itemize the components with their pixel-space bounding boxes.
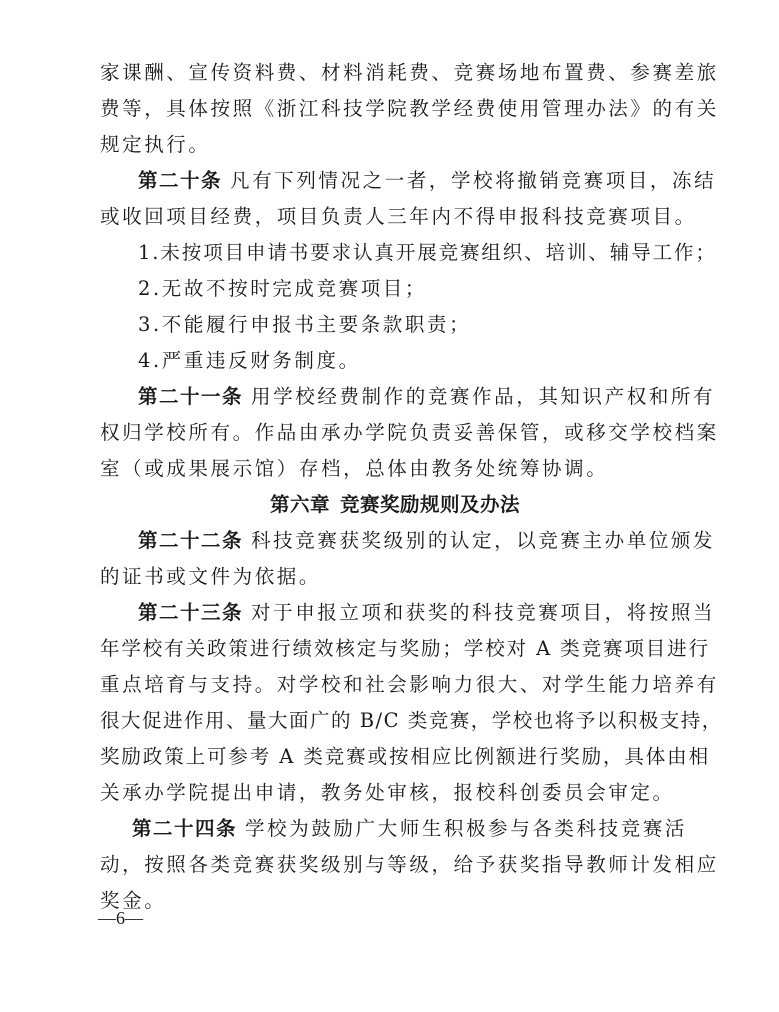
paragraph-line: 奖励政策上可参考 A 类竞赛或按相应比例额进行奖励，具体由相 — [100, 739, 690, 775]
article-text: 科技竞赛获奖级别的认定，以竞赛主办单位颁发 — [251, 529, 715, 552]
paragraph-line: 很大促进作用、量大面广的 B/C 类竞赛，学校也将予以积极支持， — [100, 703, 690, 739]
article-21: 第二十一条用学校经费制作的竞赛作品，其知识产权和所有 — [100, 379, 690, 415]
paragraph-line: 奖金。 — [100, 883, 690, 919]
paragraph-line: 或收回项目经费，项目负责人三年内不得申报科技竞赛项目。 — [100, 199, 690, 235]
article-text: 用学校经费制作的竞赛作品，其知识产权和所有 — [251, 385, 715, 408]
article-text: 对于申报立项和获奖的科技竞赛项目，将按照当 — [251, 601, 715, 624]
paragraph-line: 关承办学院提出申请，教务处审核，报校科创委员会审定。 — [100, 775, 690, 811]
paragraph-line: 的证书或文件为依据。 — [100, 559, 690, 595]
article-number: 第二十条 — [138, 169, 222, 192]
page-number: —6— — [98, 908, 143, 929]
article-text: 学校为鼓励广大师生积极参与各类科技竞赛活 — [245, 817, 687, 840]
chapter-title: 竞赛奖励规则及办法 — [340, 493, 520, 516]
article-24: 第二十四条学校为鼓励广大师生积极参与各类科技竞赛活 — [100, 811, 690, 847]
chapter-heading: 第六章竞赛奖励规则及办法 — [100, 487, 690, 523]
article-number: 第二十二条 — [138, 529, 243, 552]
paragraph-line: 家课酬、宣传资料费、材料消耗费、竞赛场地布置费、参赛差旅 — [100, 55, 690, 91]
chapter-label: 第六章 — [270, 493, 330, 516]
article-number: 第二十三条 — [138, 601, 243, 624]
list-item: 2.无故不按时完成竞赛项目； — [100, 271, 690, 307]
article-text: 凡有下列情况之一者，学校将撤销竞赛项目，冻结 — [230, 169, 716, 192]
list-item: 1.未按项目申请书要求认真开展竞赛组织、培训、辅导工作； — [100, 235, 690, 271]
list-item: 4.严重违反财务制度。 — [100, 343, 690, 379]
list-item: 3.不能履行申报书主要条款职责； — [100, 307, 690, 343]
article-23: 第二十三条对于申报立项和获奖的科技竞赛项目，将按照当 — [100, 595, 690, 631]
paragraph-line: 重点培育与支持。对学校和社会影响力很大、对学生能力培养有 — [100, 667, 690, 703]
document-page: 家课酬、宣传资料费、材料消耗费、竞赛场地布置费、参赛差旅 费等，具体按照《浙江科… — [100, 55, 690, 919]
paragraph-line: 规定执行。 — [100, 127, 690, 163]
article-number: 第二十四条 — [132, 817, 237, 840]
paragraph-line: 动，按照各类竞赛获奖级别与等级，给予获奖指导教师计发相应 — [100, 847, 690, 883]
paragraph-line: 室（或成果展示馆）存档，总体由教务处统筹协调。 — [100, 451, 690, 487]
paragraph-line: 权归学校所有。作品由承办学院负责妥善保管，或移交学校档案 — [100, 415, 690, 451]
paragraph-line: 年学校有关政策进行绩效核定与奖励；学校对 A 类竞赛项目进行 — [100, 631, 690, 667]
article-number: 第二十一条 — [138, 385, 243, 408]
paragraph-line: 费等，具体按照《浙江科技学院教学经费使用管理办法》的有关 — [100, 91, 690, 127]
article-20: 第二十条凡有下列情况之一者，学校将撤销竞赛项目，冻结 — [100, 163, 690, 199]
article-22: 第二十二条科技竞赛获奖级别的认定，以竞赛主办单位颁发 — [100, 523, 690, 559]
